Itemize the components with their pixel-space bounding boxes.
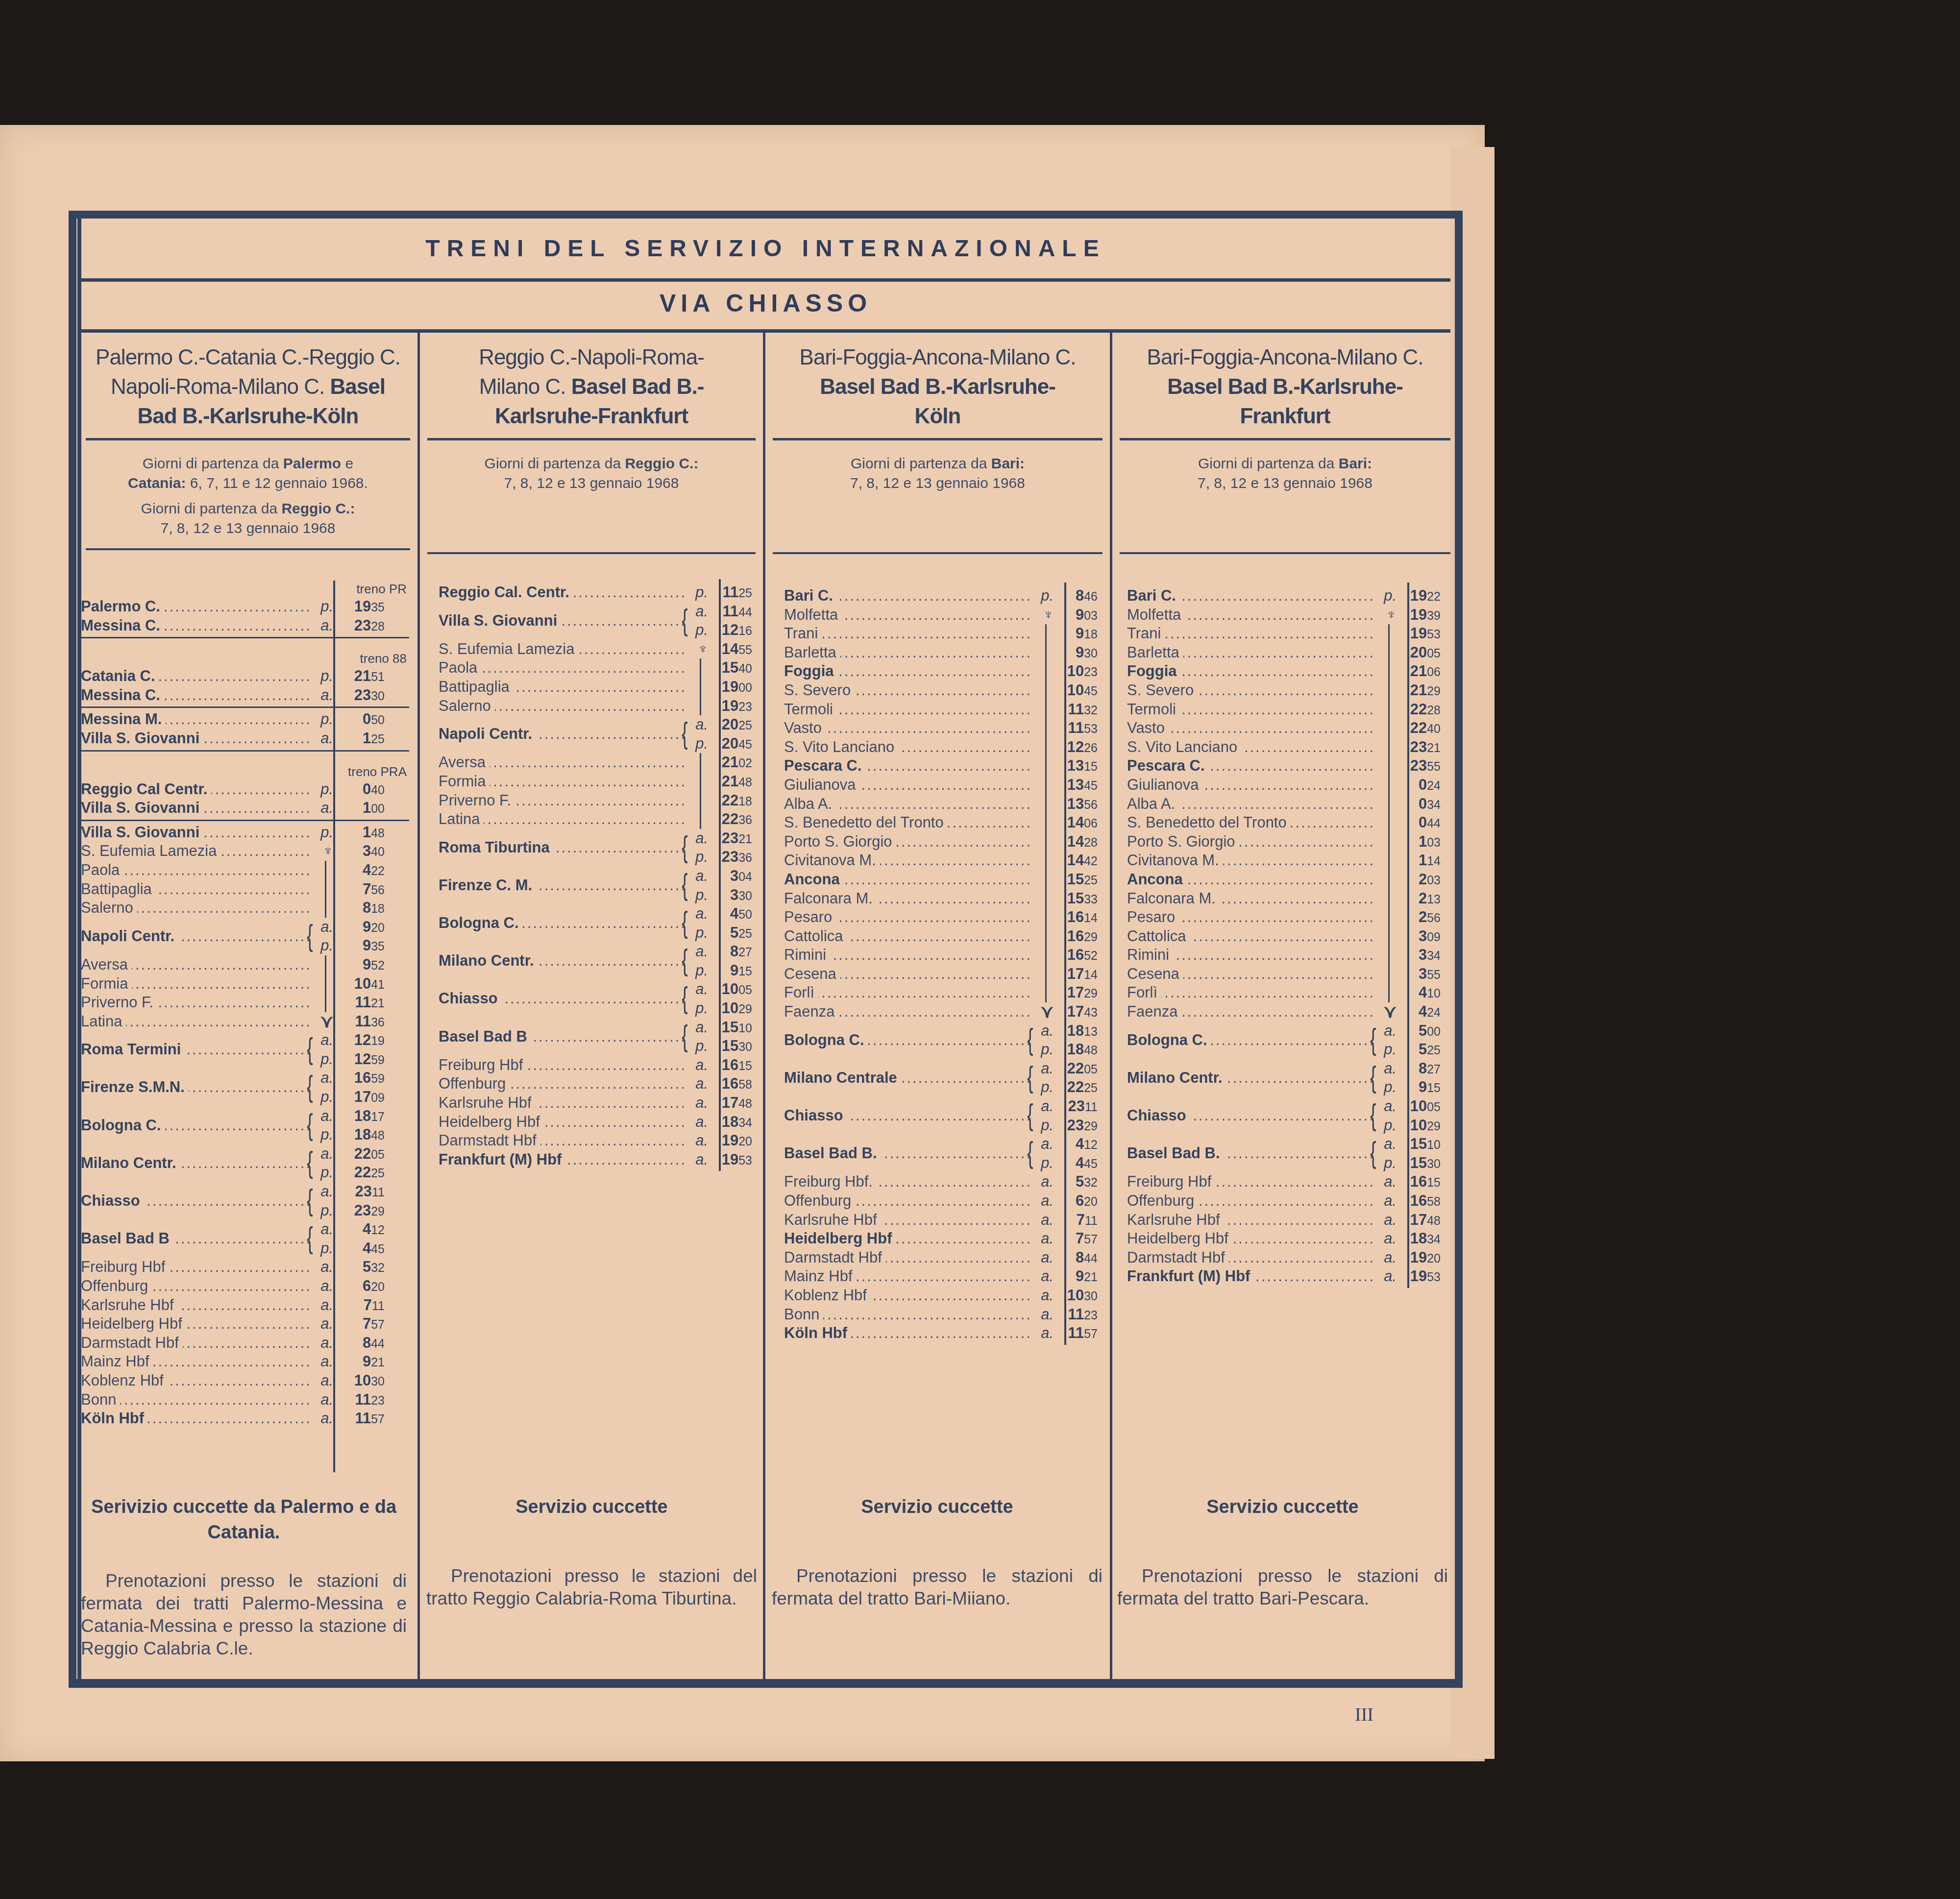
section-divider [81, 750, 409, 752]
days-divider [427, 552, 756, 554]
time-minutes: 29 [1084, 987, 1098, 1000]
time-minutes: 29 [1427, 1120, 1441, 1133]
stop-marker-icon: ♆ [688, 640, 708, 659]
station-name: Aversa [81, 955, 128, 974]
time-value: 935 [345, 936, 385, 956]
arrival-departure-mark: p. [314, 1050, 333, 1069]
continuation-line [688, 753, 708, 772]
station-name: Formia [81, 974, 128, 994]
time-hours: 10 [1410, 1097, 1427, 1115]
station-name: Darmstadt Hbf [784, 1248, 882, 1267]
leader-dots: ........................................… [164, 597, 312, 616]
time-minutes: 05 [1427, 647, 1441, 660]
time-minutes: 48 [1427, 1214, 1441, 1228]
time-hours: 18 [722, 1113, 738, 1130]
time-hours: 5 [363, 1258, 371, 1275]
days-line: 7, 8, 12 e 13 gennaio 1968 [768, 474, 1107, 493]
timetable-row: Darmstadt Hbf...........................… [81, 1334, 424, 1353]
station-name: Heidelberg Hbf [784, 1229, 892, 1248]
station-name: Falconara M. [784, 889, 873, 908]
time-minutes: 06 [1084, 817, 1098, 830]
arrival-departure-mark: a. [314, 1390, 333, 1410]
time-minutes: 56 [371, 883, 385, 897]
time-minutes: 15 [738, 965, 752, 978]
continuation-line [1034, 681, 1053, 700]
leader-dots: ........................................… [183, 1334, 312, 1353]
time-minutes: 25 [738, 927, 752, 941]
time-minutes: 40 [738, 662, 752, 676]
arrival-departure-mark: a. [1034, 1324, 1053, 1343]
station-name: Battipaglia [439, 678, 510, 697]
station-name: Villa S. Giovanni [81, 799, 199, 818]
stop-marker-icon: ♆ [314, 842, 333, 861]
leader-dots: ........................................… [157, 993, 312, 1012]
time-hours: 7 [364, 1296, 372, 1314]
time-minutes: 44 [738, 606, 752, 619]
days-text: Giorni di partenza da [1198, 456, 1339, 472]
route-line: Bad B.-Karlsruhe-Köln [81, 402, 415, 431]
time-minutes: 23 [371, 1394, 385, 1408]
continuation-line [1377, 813, 1396, 832]
leader-dots: ........................................… [148, 1409, 312, 1428]
time-minutes: 51 [371, 670, 385, 684]
station-name: Bologna C. [439, 914, 519, 933]
timetable-row: Trani...................................… [784, 624, 1107, 643]
leader-dots: ........................................… [1232, 1229, 1375, 1248]
time-value: 340 [345, 842, 385, 862]
time-hours: 11 [1068, 701, 1084, 718]
timetable-row: Formia..................................… [439, 772, 762, 791]
time-hours: 23 [354, 617, 371, 634]
time-hours: 0 [1419, 814, 1427, 831]
station-name: Molfetta [784, 606, 838, 625]
timetable-section: Villa S. Giovanni.......................… [81, 823, 424, 1428]
time-hours: 14 [1067, 833, 1084, 850]
time-value: 1259 [345, 1050, 385, 1070]
time-minutes: 29 [1084, 930, 1098, 944]
arrival-departure-mark: a. [688, 980, 708, 999]
continuation-line [1034, 927, 1053, 946]
time-minutes: 53 [738, 1154, 752, 1168]
departure-days: Giorni di partenza da Reggio C.:7, 8, 12… [422, 454, 760, 493]
time-hours: 23 [1067, 1117, 1084, 1134]
station-name: Salerno [81, 899, 133, 918]
time-hours: 8 [363, 899, 371, 916]
time-value: 2225 [345, 1163, 385, 1183]
timetable-row: Bologna C...............................… [784, 1022, 1107, 1059]
station-name: Barletta [1127, 643, 1179, 662]
time-hours: 3 [363, 842, 371, 859]
route-divider [773, 438, 1102, 440]
leader-dots: ........................................… [859, 776, 1032, 795]
leader-dots: ........................................… [515, 791, 686, 810]
time-hours: 13 [1067, 757, 1084, 774]
route-text-bold: Frankfurt [1240, 404, 1330, 428]
time-minutes: 48 [371, 827, 385, 840]
arrival-departure-mark: a. [688, 1074, 708, 1094]
time-minutes: 03 [1084, 609, 1098, 623]
station-name: Heidelberg Hbf [439, 1113, 540, 1132]
leader-dots: ........................................… [948, 813, 1032, 832]
time-minutes: 59 [371, 1072, 385, 1086]
time-minutes: 14 [1084, 968, 1098, 982]
time-hours: 19 [1410, 1267, 1427, 1285]
time-value: 1123 [345, 1390, 385, 1411]
station-name: Karlsruhe Hbf [439, 1094, 532, 1113]
time-hours: 9 [363, 918, 371, 935]
time-minutes: 30 [1084, 1290, 1098, 1303]
time-minutes: 25 [371, 732, 385, 746]
time-minutes: 48 [1084, 1044, 1098, 1057]
continuation-line [314, 899, 333, 918]
timetable-row: Mainz Hbf...............................… [784, 1267, 1107, 1286]
time-hours: 21 [722, 773, 738, 790]
continuation-line [1034, 965, 1053, 984]
station-name: Pesaro [1127, 908, 1175, 927]
timetable-row: Napoli Centr............................… [439, 715, 762, 753]
days-text: 7, 8, 12 e 13 gennaio 1968 [504, 475, 679, 491]
timetable-row: Milano Centrale.........................… [784, 1059, 1107, 1097]
time-minutes: 21 [1427, 741, 1441, 755]
timetable-row: S. Eufemia Lamezia......................… [439, 640, 762, 659]
leader-dots: ........................................… [502, 989, 686, 1008]
time-hours: 16 [354, 1069, 371, 1086]
station-name: Firenze S.M.N. [81, 1078, 185, 1097]
time-minutes: 30 [1084, 647, 1098, 660]
time-minutes: 55 [1427, 968, 1441, 982]
station-name: Priverno F. [439, 791, 511, 810]
time-value: 920 [345, 918, 385, 938]
arrival-departure-mark: a. [688, 1094, 708, 1113]
station-name: Trani [1127, 624, 1161, 643]
time-hours: 1 [363, 824, 371, 841]
continuation-line [1377, 889, 1396, 908]
arrival-departure-mark: a. [1034, 1211, 1053, 1230]
station-name: Offenburg [439, 1074, 506, 1094]
station-name: Messina C. [81, 686, 160, 705]
time-minutes: 00 [738, 681, 752, 695]
arrival-departure-mark: a. [688, 867, 708, 886]
station-name: S. Vito Lanciano [1127, 738, 1237, 757]
time-minutes: 40 [1427, 722, 1441, 736]
timetable-row: Aversa..................................… [439, 753, 762, 772]
time-value: 1041 [345, 974, 385, 995]
timetable-row: Formia..................................… [81, 974, 424, 994]
route-divider [1120, 438, 1450, 440]
leader-dots: ........................................… [536, 1094, 686, 1113]
time-value: 757 [345, 1315, 385, 1335]
timetable-bari-frankfurt: Bari C..................................… [1127, 586, 1450, 1286]
route-line: Napoli-Roma-Milano C. Basel [81, 372, 415, 402]
station-name: Darmstadt Hbf [1127, 1248, 1225, 1267]
time-hours: 1 [1419, 833, 1427, 850]
timetable-row: Koblenz Hbf.............................… [784, 1286, 1107, 1305]
leader-dots: ........................................… [1220, 889, 1375, 908]
brace-icon: { [1027, 1024, 1033, 1055]
time-minutes: 21 [371, 997, 385, 1010]
arrival-departure-mark: p. [1034, 586, 1053, 606]
leader-dots: ........................................… [1202, 776, 1375, 795]
departure-days: Giorni di partenza da Bari:7, 8, 12 e 13… [1115, 454, 1455, 493]
timetable-row: Villa S. Giovanni.......................… [81, 799, 424, 818]
leader-dots: ........................................… [1291, 813, 1375, 832]
timetable-row: Rimini..................................… [784, 946, 1107, 965]
time-hours: 4 [730, 905, 738, 922]
time-hours: 20 [722, 735, 738, 752]
station-name: Trani [784, 624, 818, 643]
time-hours: 14 [722, 640, 738, 657]
time-hours: 10 [354, 1372, 371, 1389]
time-hours: 23 [1410, 757, 1427, 774]
time-hours: 12 [354, 1031, 371, 1048]
arrival-departure-mark: p. [314, 1239, 333, 1258]
leader-dots: ........................................… [527, 1056, 686, 1075]
time-minutes: 41 [371, 978, 385, 992]
brace-icon: { [682, 718, 687, 749]
timetable-reggio-frankfurt: Reggio Cal. Centr.......................… [439, 583, 762, 1169]
time-minutes: 25 [1084, 1081, 1098, 1095]
section-divider [81, 637, 409, 638]
timetable-row: Latina..................................… [439, 810, 762, 829]
timetable-row: Karlsruhe Hbf...........................… [1127, 1211, 1450, 1230]
timetable-bari-koln: Bari C..................................… [784, 586, 1107, 1343]
time-minutes: 48 [738, 776, 752, 789]
timetable-row: S. Vito Lanciano........................… [1127, 738, 1450, 757]
continuation-line [314, 993, 333, 1012]
brace-icon: { [307, 1223, 313, 1253]
continuation-line [1034, 870, 1053, 889]
arrival-departure-mark: p. [688, 1037, 708, 1056]
continuation-line [1034, 662, 1053, 681]
arrival-departure-mark: a. [314, 1296, 333, 1315]
station-name: Barletta [784, 643, 836, 662]
route-divider [86, 438, 410, 440]
station-name: Palermo C. [81, 597, 160, 616]
arrival-departure-mark: p. [688, 924, 708, 943]
time-minutes: 26 [1084, 741, 1098, 755]
continuation-line [1034, 983, 1053, 1002]
timetable-row: Bologna C...............................… [81, 1107, 424, 1144]
leader-dots: ........................................… [166, 710, 312, 729]
stop-marker-icon: ♆ [1034, 606, 1053, 625]
station-name: Koblenz Hbf [81, 1371, 164, 1390]
time-value: 1030 [345, 1371, 385, 1391]
time-minutes: 30 [371, 1375, 385, 1388]
timetable-row: Pescara C...............................… [1127, 756, 1450, 776]
time-minutes: 57 [1084, 1327, 1098, 1341]
station-name: S. Severo [784, 681, 851, 700]
station-name: Milano Centr. [439, 951, 534, 971]
time-hours: 16 [1410, 1192, 1427, 1209]
timetable-row: Chiasso.................................… [784, 1097, 1107, 1135]
brace-icon: { [1370, 1100, 1376, 1130]
time-value: 952 [345, 955, 385, 975]
leader-dots: ........................................… [544, 1113, 686, 1132]
route-line: Palermo C.-Catania C.-Reggio C. [81, 343, 415, 372]
time-hours: 17 [1067, 1003, 1084, 1020]
time-hours: 9 [363, 1353, 371, 1370]
time-minutes: 11 [1085, 1214, 1098, 1228]
time-minutes: 18 [738, 795, 752, 808]
time-minutes: 00 [1427, 1025, 1441, 1039]
time-minutes: 22 [371, 864, 385, 878]
timetable-row: Ancona..................................… [1127, 870, 1450, 889]
time-hours: 6 [363, 1277, 371, 1294]
leader-dots: ........................................… [842, 606, 1032, 625]
departure-days: Giorni di partenza da Palermo eCatania: … [81, 454, 415, 538]
timetable-row: S. Severo...............................… [1127, 681, 1450, 700]
station-name: Mainz Hbf [784, 1267, 853, 1286]
arrival-departure-mark: a. [1377, 1022, 1396, 1041]
time-value: 1659 [345, 1069, 385, 1089]
leader-dots: ........................................… [189, 1078, 312, 1097]
leader-dots: ........................................… [137, 899, 312, 918]
leader-dots: ........................................… [851, 1324, 1032, 1343]
time-hours: 7 [363, 880, 371, 898]
days-divider [86, 548, 410, 550]
time-hours: 13 [1067, 776, 1084, 793]
time-hours: 19 [1410, 1249, 1427, 1266]
timetable-row: Messina M...............................… [81, 710, 424, 729]
time-hours: 11 [355, 1013, 371, 1030]
time-minutes: 59 [371, 1053, 385, 1067]
time-hours: 2 [1419, 908, 1427, 925]
timetable-row: Frankfurt (M) Hbf.......................… [439, 1150, 762, 1169]
station-name: Bonn [784, 1305, 819, 1324]
service-body: Prenotazioni presso le stazioni di ferma… [772, 1565, 1102, 1610]
time-minutes: 30 [738, 1040, 752, 1054]
time-hours: 16 [1410, 1173, 1427, 1190]
arrival-departure-mark: a. [314, 918, 333, 937]
leader-dots: ........................................… [1181, 1002, 1375, 1022]
section-divider [81, 706, 409, 708]
train-number: treno 88 [81, 650, 407, 667]
station-name: Civitanova M. [784, 851, 876, 870]
timetable-row: Villa S. Giovanni.......................… [81, 823, 424, 842]
leader-dots: ........................................… [1183, 643, 1375, 662]
leader-dots: ........................................… [481, 658, 686, 678]
timetable-row: Vasto...................................… [1127, 719, 1450, 738]
leader-dots: ........................................… [855, 681, 1032, 700]
timetable-row: Barletta................................… [784, 643, 1107, 662]
time-hours: 14 [1067, 852, 1084, 869]
continuation-line [1377, 662, 1396, 681]
days-text-bold: Reggio C.: [625, 456, 698, 472]
leader-dots: ........................................… [168, 1371, 312, 1390]
time-hours: 21 [722, 754, 738, 771]
train-number: treno PRA [81, 763, 407, 780]
time-hours: 21 [354, 667, 371, 684]
continuation-line [1034, 624, 1053, 643]
timetable-row: Priverno F..............................… [439, 791, 762, 810]
time-hours: 5 [1419, 1041, 1427, 1058]
service-note-2: Servizio cuccette Prenotazioni presso le… [426, 1494, 757, 1610]
station-name: Bologna C. [784, 1031, 864, 1050]
time-minutes: 25 [1427, 1044, 1441, 1057]
leader-dots: ........................................… [838, 662, 1032, 681]
time-minutes: 29 [371, 1205, 385, 1218]
time-minutes: 12 [371, 1223, 385, 1237]
route-line: Bari-Foggia-Ancona-Milano C. [1115, 343, 1455, 372]
timetable-row: Molfetta................................… [784, 606, 1107, 625]
time-minutes: 05 [1084, 1063, 1098, 1076]
leader-dots: ........................................… [536, 725, 686, 744]
time-value: 2330 [345, 686, 385, 706]
station-name: Chiasso [1127, 1106, 1186, 1125]
time-hours: 10 [1067, 1287, 1084, 1304]
time-minutes: 30 [738, 889, 752, 903]
arrival-departure-mark: p. [314, 1125, 333, 1144]
leader-dots: ........................................… [561, 611, 686, 631]
timetable-row: Salerno.................................… [81, 899, 424, 918]
days-divider [1120, 552, 1450, 554]
arrival-departure-mark: a. [314, 1220, 333, 1239]
station-name: Alba A. [784, 795, 832, 814]
timetable-section: Reggio Cal Centr........................… [81, 780, 424, 818]
time-minutes: 55 [1427, 760, 1441, 774]
time-minutes: 34 [738, 1116, 752, 1130]
continuation-line [1034, 908, 1053, 927]
time-minutes: 45 [1084, 779, 1098, 793]
station-name: Cattolica [1127, 927, 1186, 946]
arrival-departure-mark: a. [1034, 1267, 1053, 1286]
continuation-line [1377, 851, 1396, 870]
time-hours: 16 [1067, 946, 1084, 963]
timetable-row: Karlsruhe Hbf...........................… [81, 1296, 424, 1315]
leader-dots: ........................................… [578, 640, 686, 659]
leader-dots: ........................................… [540, 1131, 686, 1150]
timetable-row: Trani...................................… [1127, 624, 1450, 643]
leader-dots: ........................................… [886, 1248, 1032, 1267]
time-minutes: 20 [371, 1280, 385, 1294]
leader-dots: ........................................… [866, 756, 1032, 776]
time-minutes: 09 [1427, 930, 1441, 944]
continuation-line [1377, 738, 1396, 757]
continuation-line [1377, 700, 1396, 719]
leader-dots: ........................................… [495, 697, 686, 716]
time-value: 2205 [345, 1144, 385, 1165]
time-column-rule [1064, 583, 1066, 1345]
leader-dots: ........................................… [565, 1150, 686, 1169]
timetable-row: Darmstadt Hbf...........................… [1127, 1248, 1450, 1267]
arrival-departure-mark: a. [314, 1315, 333, 1334]
leader-dots: ........................................… [1185, 606, 1375, 625]
leader-dots: ........................................… [1198, 1192, 1375, 1211]
continuation-line [1034, 643, 1053, 662]
leader-dots: ........................................… [132, 955, 312, 974]
timetable-row: Basel Bad B.............................… [81, 1220, 424, 1258]
route-title: Reggio C.-Napoli-Roma-Milano C. Basel Ba… [422, 343, 760, 431]
brace-icon: { [1370, 1138, 1376, 1168]
leader-dots: ........................................… [490, 772, 686, 791]
arrival-departure-mark: p. [688, 999, 708, 1018]
leader-dots: ........................................… [510, 1074, 686, 1094]
time-hours: 1 [363, 730, 371, 747]
leader-dots: ........................................… [840, 965, 1032, 984]
timetable-row: Priverno F..............................… [81, 993, 424, 1012]
arrival-departure-mark: a. [1377, 1135, 1396, 1154]
days-line: Giorni di partenza da Palermo e [81, 454, 415, 474]
station-name: Chiasso [81, 1192, 140, 1211]
time-minutes: 29 [1084, 1120, 1098, 1133]
time-minutes: 14 [1427, 854, 1441, 868]
route-text-bold: Basel [330, 375, 385, 399]
station-name: Frankfurt (M) Hbf [439, 1150, 562, 1169]
timetable-row: Latina..................................… [81, 1012, 424, 1031]
arrival-departure-mark: a. [314, 1107, 333, 1126]
time-hours: 3 [730, 886, 738, 903]
continuation-line [1034, 946, 1053, 965]
